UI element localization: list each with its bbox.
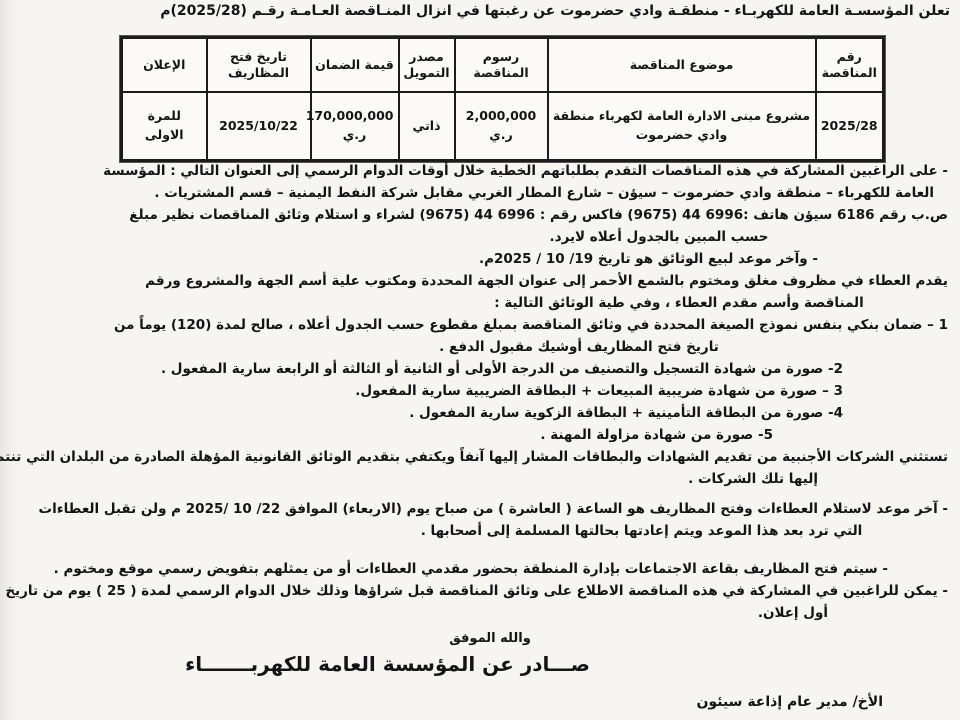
- body-line: يقدم العطاء في مظروف مغلق ومختوم بالشمع …: [110, 270, 948, 292]
- scanned-document-page: تعلن المؤسسـة العامة للكهربـاء - منطقـة …: [0, 0, 960, 720]
- body-line: 5- صورة من شهادة مزاولة المهنة .: [110, 424, 948, 446]
- body-line: أول إعلان.: [110, 602, 948, 624]
- body-line: 1 – ضمان بنكي بنفس نموذج الصيغة المحددة …: [110, 314, 948, 336]
- table-row: 2025/28 مشروع مبنى الادارة العامة لكهربا…: [122, 92, 884, 161]
- blessing-line: والله الموفق: [300, 631, 680, 646]
- body-line: - سيتم فتح المظاريف بقاعة الاجتماعات بإد…: [110, 558, 948, 580]
- body-line: التي ترد بعد هذا الموعد ويتم إعادتها بحا…: [110, 520, 948, 542]
- body-line: العامة للكهرباء – منطقة وادي حضرموت – سي…: [110, 182, 948, 204]
- cell-funding-source: ذاتي: [399, 92, 455, 161]
- col-header-envelope-opening-date: تاريخ فتح المظاريف: [207, 38, 311, 93]
- body-line: - يمكن للراغبين في المشاركة في هذه المنا…: [110, 580, 948, 602]
- cell-guarantee-value: 170,000,000 ر.ي: [311, 92, 399, 161]
- tender-table: رقم المناقصة موضوع المناقصة رسوم المناقص…: [120, 36, 885, 162]
- col-header-announcement: الإعلان: [122, 38, 207, 93]
- page-title: تعلن المؤسسـة العامة للكهربـاء - منطقـة …: [165, 3, 950, 19]
- col-header-funding-source: مصدر التمويل: [399, 38, 455, 93]
- body-line: 2- صورة من شهادة التسجيل والتصنيف من الد…: [110, 358, 948, 380]
- col-header-tender-number: رقم المناقصة: [816, 38, 884, 93]
- body-line: ص.ب رقم 6186 سيؤن هاتف :6996 44 (9675) ف…: [110, 204, 948, 226]
- col-header-tender-fees: رسوم المناقصة: [455, 38, 548, 93]
- cell-tender-number: 2025/28: [816, 92, 884, 161]
- tender-table-header: رقم المناقصة موضوع المناقصة رسوم المناقص…: [122, 38, 884, 93]
- body-line: - آخر موعد لاستلام العطاءات وفتح المظاري…: [110, 498, 948, 520]
- body-line: تستثني الشركات الأجنبية من تقديم الشهادا…: [110, 446, 948, 468]
- body-line: إليها تلك الشركات .: [110, 468, 948, 490]
- cell-tender-subject: مشروع مبنى الادارة العامة لكهرباء منطقة …: [548, 92, 816, 161]
- cell-announcement: للمرة الاولى: [122, 92, 207, 161]
- addressee-line: الأخ/ مدير عام إذاعة سيئون: [697, 694, 883, 710]
- cell-envelope-opening-date: 2025/10/22: [207, 92, 311, 161]
- body-line: - وآخر موعد لبيع الوثائق هو تاريخ 19/ 10…: [110, 248, 948, 270]
- col-header-guarantee-value: قيمة الضمان: [311, 38, 399, 93]
- body-line: المناقصة وأسم مقدم العطاء ، وفي طية الوث…: [110, 292, 948, 314]
- issuer-signature-line: صـــادر عن المؤسسة العامة للكهربـــــــا…: [150, 652, 625, 676]
- body-line: حسب المبين بالجدول أعلاه لايرد.: [110, 226, 948, 248]
- tender-table-body: 2025/28 مشروع مبنى الادارة العامة لكهربا…: [122, 92, 884, 161]
- body-line: تاريخ فتح المظاريف أوشيك مقبول الدفع .: [110, 336, 948, 358]
- header-row: رقم المناقصة موضوع المناقصة رسوم المناقص…: [122, 38, 884, 93]
- body-line: - على الراغبين المشاركة في هذه المناقصات…: [110, 160, 948, 182]
- col-header-tender-subject: موضوع المناقصة: [548, 38, 816, 93]
- body-line: 3 – صورة من شهادة ضريبية المبيعات + البط…: [110, 380, 948, 402]
- document-body: - على الراغبين المشاركة في هذه المناقصات…: [110, 160, 948, 624]
- cell-tender-fees: 2,000,000 ر.ي: [455, 92, 548, 161]
- body-line: 4- صورة من البطاقة التأمينية + البطاقة ا…: [110, 402, 948, 424]
